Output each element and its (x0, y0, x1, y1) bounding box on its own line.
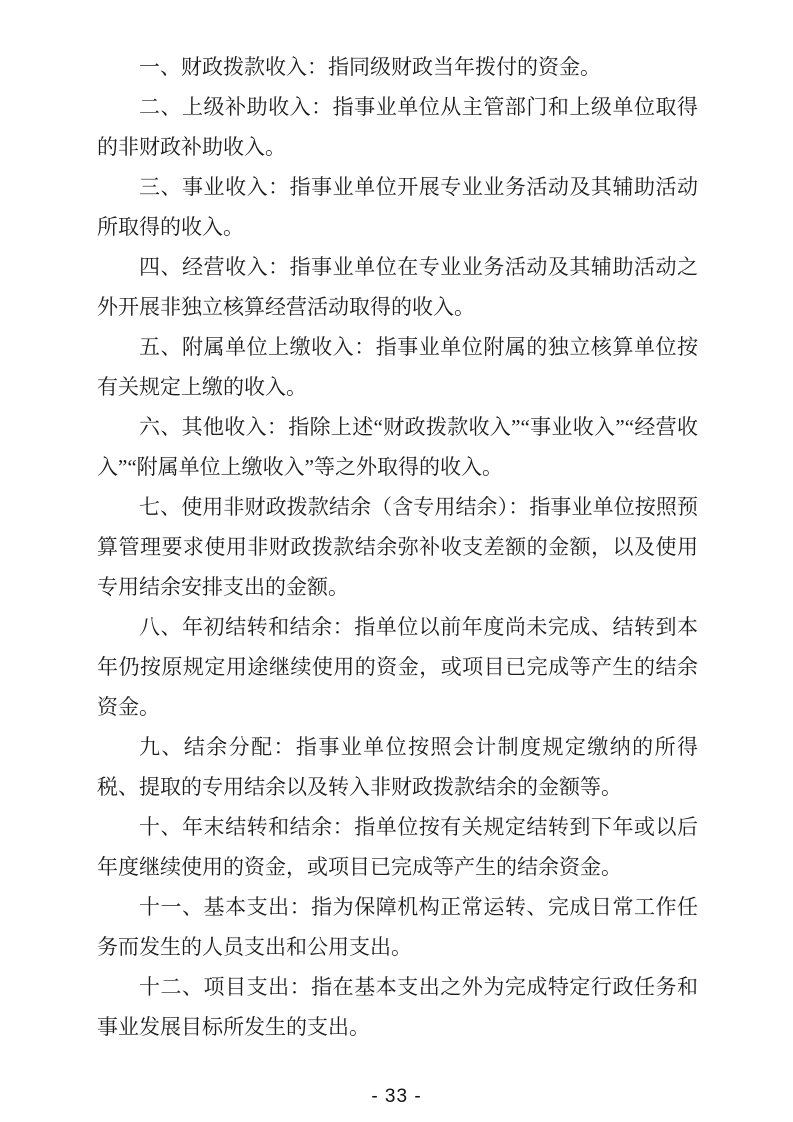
glossary-paragraph: 四、经营收入：指事业单位在专业业务活动及其辅助活动之外开展非独立核算经营活动取得… (97, 247, 698, 327)
document-page: 一、财政拨款收入：指同级财政当年拨付的资金。 二、上级补助收入：指事业单位从主管… (0, 0, 793, 1122)
glossary-paragraph: 三、事业收入：指事业单位开展专业业务活动及其辅助活动所取得的收入。 (97, 167, 698, 247)
glossary-paragraph: 六、其他收入：指除上述“财政拨款收入”“事业收入”“经营收入”“附属单位上缴收入… (97, 407, 698, 487)
glossary-paragraph: 一、财政拨款收入：指同级财政当年拨付的资金。 (97, 47, 698, 87)
glossary-paragraph: 十、年末结转和结余：指单位按有关规定结转到下年或以后年度继续使用的资金，或项目已… (97, 807, 698, 887)
glossary-paragraph: 八、年初结转和结余：指单位以前年度尚未完成、结转到本年仍按原规定用途继续使用的资… (97, 607, 698, 727)
glossary-paragraph: 九、结余分配：指事业单位按照会计制度规定缴纳的所得税、提取的专用结余以及转入非财… (97, 727, 698, 807)
glossary-paragraph: 十一、基本支出：指为保障机构正常运转、完成日常工作任务而发生的人员支出和公用支出… (97, 887, 698, 967)
page-number: - 33 - (0, 1086, 793, 1108)
glossary-paragraph: 五、附属单位上缴收入：指事业单位附属的独立核算单位按有关规定上缴的收入。 (97, 327, 698, 407)
glossary-paragraph: 七、使用非财政拨款结余（含专用结余）：指事业单位按照预算管理要求使用非财政拨款结… (97, 487, 698, 607)
glossary-paragraph: 十二、项目支出：指在基本支出之外为完成特定行政任务和事业发展目标所发生的支出。 (97, 967, 698, 1047)
glossary-content: 一、财政拨款收入：指同级财政当年拨付的资金。 二、上级补助收入：指事业单位从主管… (97, 47, 698, 1047)
glossary-paragraph: 二、上级补助收入：指事业单位从主管部门和上级单位取得的非财政补助收入。 (97, 87, 698, 167)
